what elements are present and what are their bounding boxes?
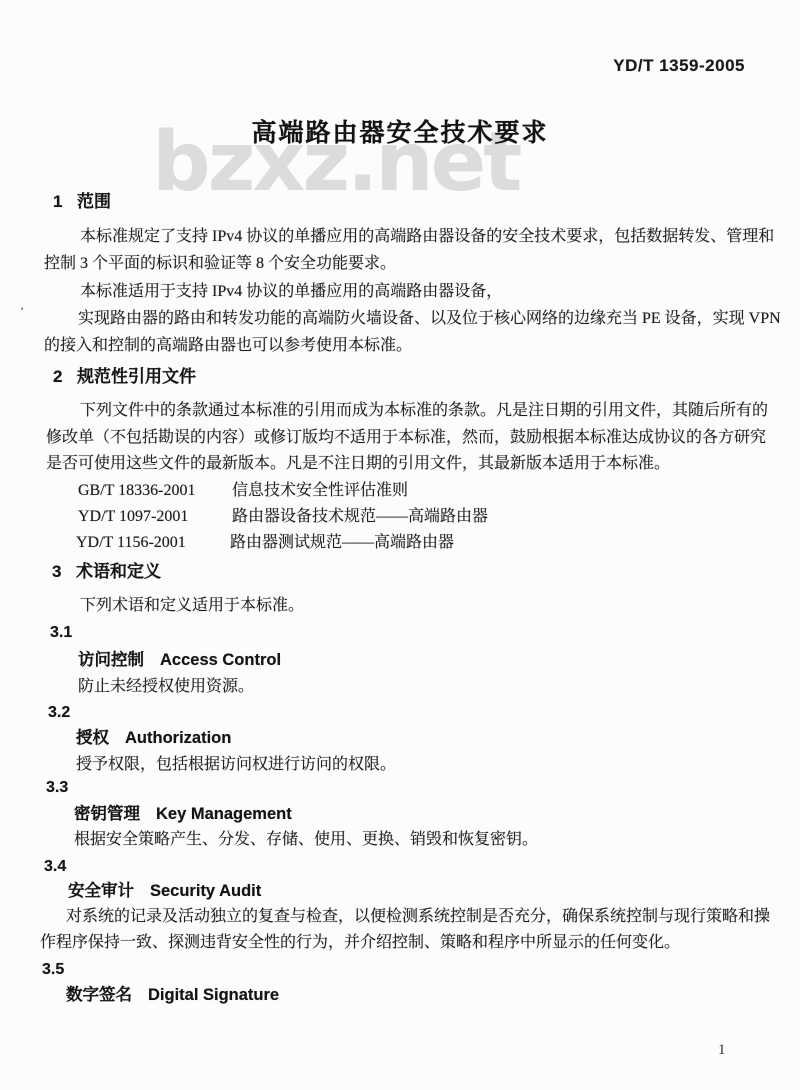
term-heading: 安全审计Security Audit [68, 881, 261, 902]
term-number: 3.5 [42, 960, 64, 980]
term-name-en: Authorization [125, 729, 231, 747]
paragraph-line: 实现路由器的路由和转发功能的高端防火墙设备、以及位于核心网络的边缘充当 PE 设… [78, 309, 781, 329]
section-2-number: 2 [53, 366, 62, 387]
term-number: 3.1 [50, 623, 72, 643]
term-name-zh: 安全审计 [68, 882, 134, 900]
reference-code: YD/T 1097-2001 [78, 507, 188, 527]
term-heading: 密钥管理Key Management [74, 804, 292, 825]
term-number: 3.3 [46, 778, 68, 798]
section-1-heading: 范围 [77, 191, 111, 212]
section-1-number: 1 [53, 191, 62, 212]
term-heading: 数字签名Digital Signature [66, 985, 279, 1006]
term-definition-line: 防止未经授权使用资源。 [78, 677, 254, 697]
term-name-zh: 数字签名 [66, 986, 132, 1004]
term-definition-line: 授予权限，包括根据访问权进行访问的权限。 [76, 755, 396, 775]
term-definition-line: 根据安全策略产生、分发、存储、使用、更换、销毁和恢复密钥。 [74, 830, 538, 850]
section-2-heading: 规范性引用文件 [77, 366, 196, 387]
paragraph-line: 下列文件中的条款通过本标准的引用而成为本标准的条款。凡是注日期的引用文件，其随后… [80, 401, 768, 421]
paragraph-line: 的接入和控制的高端路由器也可以参考使用本标准。 [44, 336, 412, 356]
term-name-en: Access Control [160, 651, 281, 669]
paragraph-line: 本标准规定了支持 IPv4 协议的单播应用的高端路由器设备的安全技术要求，包括数… [80, 227, 774, 247]
term-name-en: Key Management [156, 805, 292, 823]
page-number: 1 [718, 1042, 726, 1059]
reference-title: 信息技术安全性评估准则 [232, 481, 408, 501]
term-name-zh: 密钥管理 [74, 805, 140, 823]
reference-code: YD/T 1156-2001 [76, 533, 186, 553]
term-definition-line: 作程序保持一致、探测违背安全性的行为，并介绍控制、策略和程序中所显示的任何变化。 [40, 933, 680, 953]
paragraph-line: 本标准适用于支持 IPv4 协议的单播应用的高端路由器设备， [80, 282, 502, 302]
standard-number: YD/T 1359-2005 [613, 56, 745, 76]
paragraph-line: 修改单（不包括勘误的内容）或修订版均不适用于本标准，然而，鼓励根据本标准达成协议… [46, 428, 766, 448]
document-title: 高端路由器安全技术要求 [0, 113, 800, 149]
term-name-zh: 授权 [76, 729, 109, 747]
paragraph-line: 下列术语和定义适用于本标准。 [80, 596, 304, 616]
term-heading: 访问控制Access Control [78, 650, 281, 671]
term-heading: 授权Authorization [76, 728, 231, 749]
term-number: 3.4 [44, 857, 66, 877]
term-name-zh: 访问控制 [78, 651, 144, 669]
term-name-en: Security Audit [150, 882, 261, 900]
term-definition-line: 对系统的记录及活动独立的复查与检查，以便检测系统控制是否充分，确保系统控制与现行… [66, 907, 770, 927]
reference-title: 路由器设备技术规范——高端路由器 [232, 507, 488, 527]
term-name-en: Digital Signature [148, 986, 279, 1004]
section-3-heading: 术语和定义 [76, 561, 161, 582]
scanned-document-page: bzxz.net YD/T 1359-2005 高端路由器安全技术要求 ’ 1 … [0, 0, 800, 1090]
reference-title: 路由器测试规范——高端路由器 [230, 533, 454, 553]
paragraph-line: 控制 3 个平面的标识和验证等 8 个安全功能要求。 [44, 254, 396, 274]
section-3-number: 3 [52, 561, 61, 582]
scan-artifact: ’ [20, 304, 24, 319]
paragraph-line: 是否可使用这些文件的最新版本。凡是不注日期的引用文件，其最新版本适用于本标准。 [46, 454, 670, 474]
reference-code: GB/T 18336-2001 [78, 481, 195, 501]
term-number: 3.2 [48, 703, 70, 723]
